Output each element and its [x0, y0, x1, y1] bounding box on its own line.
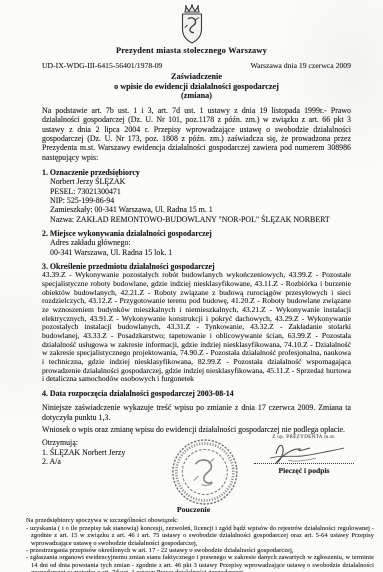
- round-official-seal-icon: [165, 433, 244, 514]
- reference-number: UD-IX-WDG-III-6415-56401/1978-09: [42, 61, 162, 70]
- instruction-bullet-1: - uzyskania ( i o ile przepisy tak stano…: [26, 525, 374, 547]
- distribution-heading: Otrzymują:: [42, 438, 125, 447]
- place-and-date: Warszawa dnia 19 czerwca 2009: [250, 61, 351, 70]
- distribution-item-2: 2. A/a: [42, 457, 125, 466]
- instruction-fine-print: Na przedsiębiorcy spoczywa w szczególnoś…: [26, 517, 374, 572]
- document-title: Zaświadczenie o wpisie do ewidencji dzia…: [42, 72, 351, 101]
- title-line-2: o wpisie do ewidencji działalności gospo…: [42, 82, 351, 92]
- section-3-business-scope: 3. Określenie przedmiotu działalności go…: [42, 262, 351, 384]
- section-1-heading: 1. Oznaczenie przedsiębiorcy: [42, 168, 351, 177]
- main-office-address: 00-341 Warszawa, Ul. Radna 15 lok. 1: [50, 248, 351, 257]
- title-line-3: (zmiana): [42, 91, 351, 101]
- change-note: Niniejsze zaświadczenie wykazuje treść w…: [42, 403, 351, 422]
- signature-authorization: Z up. PREZYDENTA m.st.: [250, 434, 358, 440]
- main-office-label: Adres zakładu głównego:: [50, 238, 351, 247]
- signature-area: Otrzymują: 1. ŚLĘZAK Norbert Jerzy 2. A/…: [42, 437, 351, 503]
- stamp-and-signature-caption: Pieczęć i podpis: [250, 467, 358, 476]
- reference-row: UD-IX-WDG-III-6415-56401/1978-09 Warszaw…: [42, 61, 351, 70]
- instruction-intro: Na przedsiębiorcy spoczywa w szczególnoś…: [26, 517, 374, 524]
- legal-basis-paragraph: Na podstawie art. 7b ust. 1 i 3, art. 7d…: [42, 106, 351, 162]
- instruction-bullet-3: - zgłaszania organowi ewidencyjnemu zmia…: [26, 554, 374, 572]
- owner-residence: Zamieszkały: 00-341 Warszawa, Ul. Radna …: [50, 205, 351, 214]
- section-4-start-date: 4. Data rozpoczęcia działalności gospoda…: [42, 389, 351, 398]
- distribution-list: Otrzymują: 1. ŚLĘZAK Norbert Jerzy 2. A/…: [42, 438, 125, 466]
- signature-block: Z up. PREZYDENTA m.st. Pieczęć i podpis: [250, 434, 358, 476]
- company-name: Nazwa: ZAKŁAD REMONTOWO-BUDOWLANY "NOR-P…: [50, 215, 351, 224]
- owner-name: Norbert Jerzy ŚLĘZAK: [50, 177, 351, 186]
- distribution-item-1: 1. ŚLĘZAK Norbert Jerzy: [42, 448, 125, 457]
- fee-note: Wniosek o wpis oraz zmianę wpisu do ewid…: [42, 425, 351, 434]
- scanned-certificate-page: Prezydent miasta stołecznego Warszawy UD…: [0, 0, 383, 572]
- warsaw-coat-of-arms-icon: [0, 3, 383, 50]
- section-2-heading: 2. Miejsce wykonywania działalności gosp…: [42, 229, 351, 238]
- document-body: UD-IX-WDG-III-6415-56401/1978-09 Warszaw…: [42, 61, 351, 572]
- pkd-activity-codes: 43.39.Z - Wykonywanie pozostałych robót …: [42, 271, 351, 384]
- section-1-business-owner: 1. Oznaczenie przedsiębiorcy Norbert Jer…: [42, 168, 351, 224]
- title-line-1: Zaświadczenie: [42, 72, 351, 82]
- signature-dotted-line: [254, 463, 354, 464]
- owner-pesel: PESEL: 73021300471: [50, 187, 351, 196]
- issuing-authority: Prezydent miasta stołecznego Warszawy: [0, 46, 383, 55]
- section-4-heading: 4. Data rozpoczęcia działalności gospoda…: [42, 389, 351, 398]
- section-2-business-location: 2. Miejsce wykonywania działalności gosp…: [42, 229, 351, 257]
- owner-nip: NIP: 525-199-86-94: [50, 196, 351, 205]
